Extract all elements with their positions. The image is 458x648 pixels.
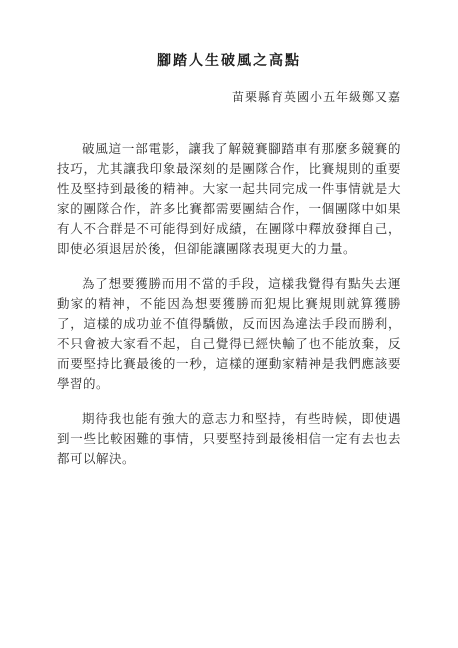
paragraph: 破風這一部電影，讓我了解競賽腳踏車有那麼多競賽的技巧，尤其讓我印象最深刻的是團隊… — [57, 139, 401, 259]
document-page: 腳踏人生破風之高點 苗栗縣育英國小五年級鄭又嘉 破風這一部電影，讓我了解競賽腳踏… — [0, 0, 458, 648]
paragraph: 為了想要獲勝而用不當的手段，這樣我覺得有點失去運動家的精神，不能因為想要獲勝而犯… — [57, 274, 401, 394]
document-body: 破風這一部電影，讓我了解競賽腳踏車有那麼多競賽的技巧，尤其讓我印象最深刻的是團隊… — [57, 139, 401, 469]
document-byline: 苗栗縣育英國小五年級鄭又嘉 — [57, 88, 401, 105]
document-title: 腳踏人生破風之高點 — [57, 52, 401, 72]
paragraph: 期待我也能有強大的意志力和堅持，有些時候，即使遇到一些比較困難的事情，只要堅持到… — [57, 409, 401, 469]
